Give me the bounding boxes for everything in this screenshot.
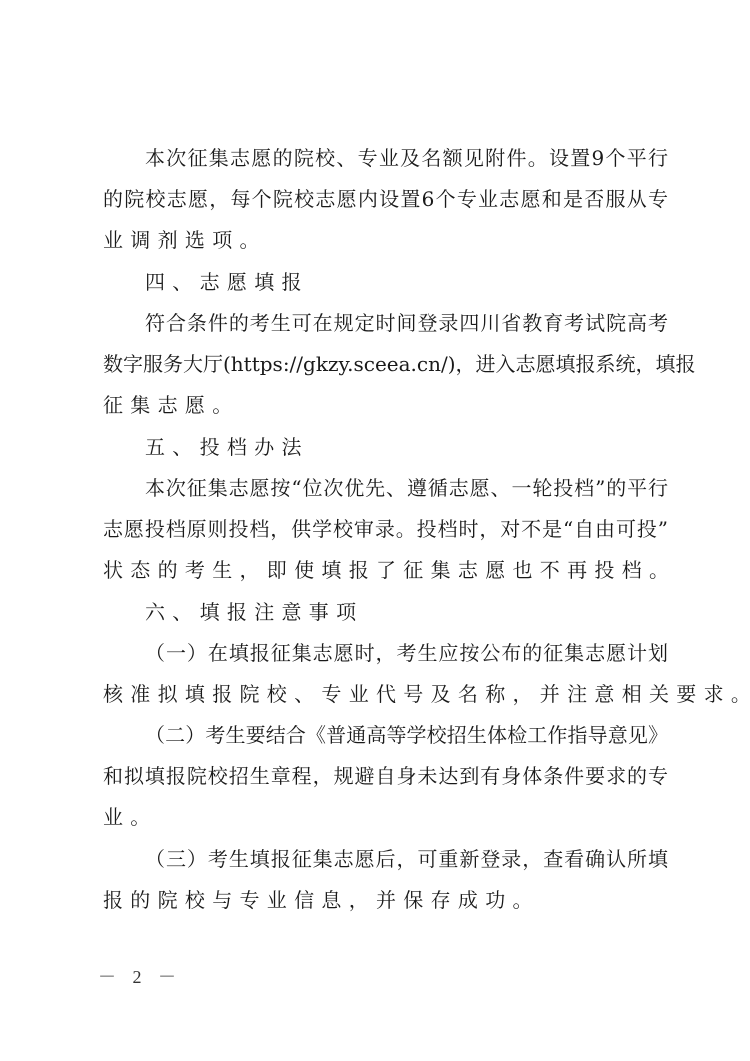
paragraph-filing-line-1: 本次征集志愿按“位次优先、遵循志愿、一轮投档”的平行 — [145, 474, 668, 502]
note-2-line-1: （二）考生要结合《普通高等学校招生体检工作指导意见》 — [145, 721, 668, 749]
note-3-line-1: （三）考生填报征集志愿后，可重新登录，查看确认所填 — [145, 845, 668, 873]
section-heading-application: 四、志愿填报 — [145, 268, 668, 296]
note-2-line-3: 业。 — [103, 803, 668, 831]
paragraph-login-line-1: 符合条件的考生可在规定时间登录四川省教育考试院高考 — [145, 309, 668, 337]
paragraph-filing-line-3: 状态的考生，即使填报了征集志愿也不再投档。 — [103, 556, 668, 584]
paragraph-login-line-2: 数字服务大厅(https://gkzy.sceea.cn/)，进入志愿填报系统，… — [103, 350, 668, 378]
note-1-line-1: （一）在填报征集志愿时，考生应按公布的征集志愿计划 — [145, 639, 668, 667]
paragraph-attachment-line-2: 的院校志愿，每个院校志愿内设置6个专业志愿和是否服从专 — [103, 185, 668, 213]
document-page: 本次征集志愿的院校、专业及名额见附件。设置9个平行 的院校志愿，每个院校志愿内设… — [0, 0, 750, 1061]
section-heading-notes: 六、填报注意事项 — [145, 598, 668, 626]
page-number: － 2 － — [98, 963, 182, 989]
note-1-line-2: 核准拟填报院校、专业代号及名称，并注意相关要求。 — [103, 680, 668, 708]
paragraph-filing-line-2: 志愿投档原则投档，供学校审录。投档时，对不是“自由可投” — [103, 515, 668, 543]
note-3-line-2: 报的院校与专业信息，并保存成功。 — [103, 886, 668, 914]
section-heading-filing-method: 五、投档办法 — [145, 433, 668, 461]
paragraph-attachment-line-1: 本次征集志愿的院校、专业及名额见附件。设置9个平行 — [145, 144, 668, 172]
paragraph-attachment-line-3: 业调剂选项。 — [103, 226, 668, 254]
paragraph-login-line-3: 征集志愿。 — [103, 391, 668, 419]
note-2-line-2: 和拟填报院校招生章程，规避自身未达到有身体条件要求的专 — [103, 762, 668, 790]
